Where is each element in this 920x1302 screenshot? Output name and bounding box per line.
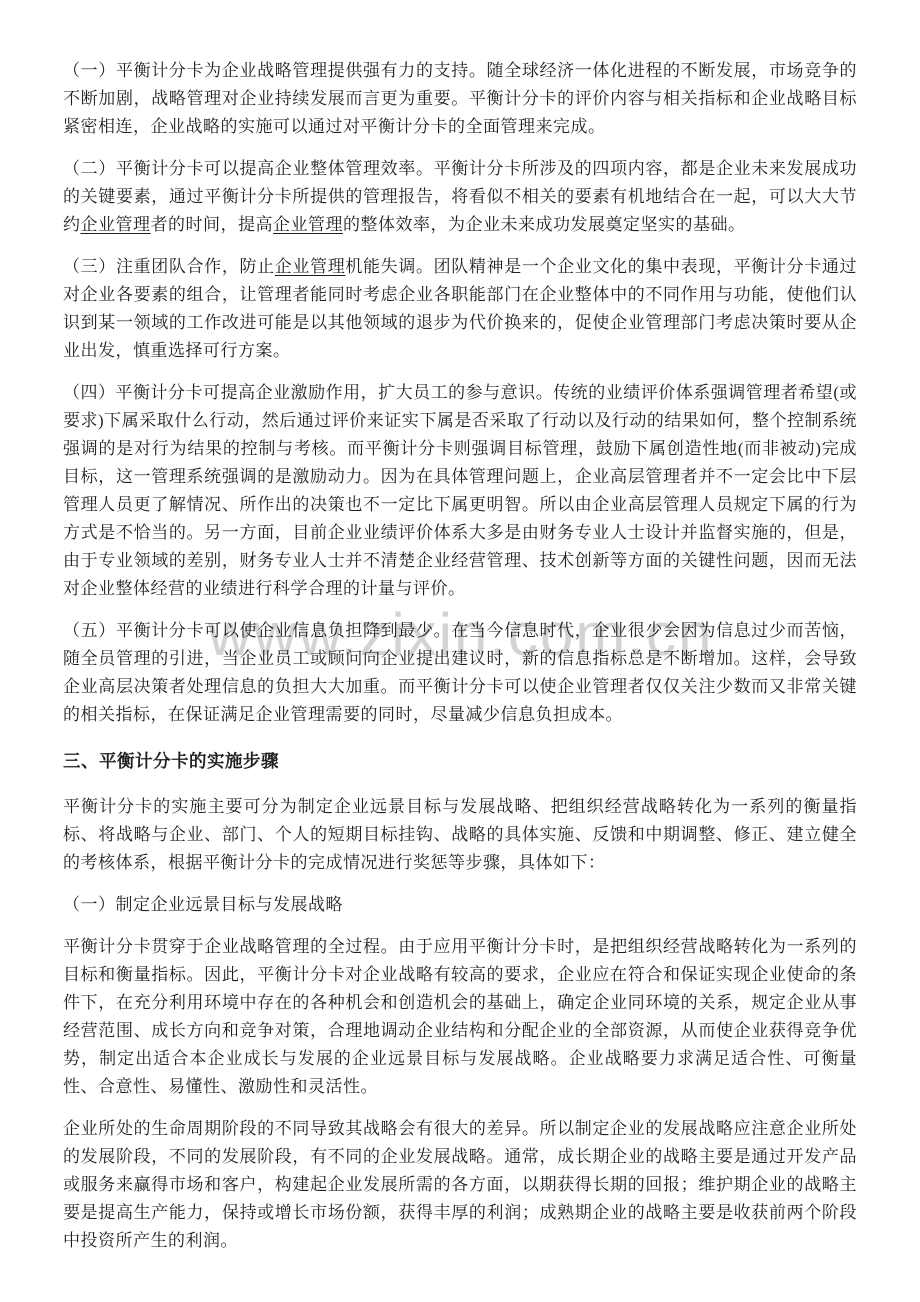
paragraph: 平衡计分卡的实施主要可分为制定企业远景目标与发展战略、把组织经营战略转化为一系列… (63, 793, 857, 877)
text-run: （四）平衡计分卡可提高企业激励作用，扩大员工的参与意识。传统的业绩评价体系强调管… (63, 383, 857, 598)
paragraph: 企业所处的生命周期阶段的不同导致其战略会有很大的差异。所以制定企业的发展战略应注… (63, 1115, 857, 1255)
text-run: （五）平衡计分卡可以使企业信息负担降到最少。在当今信息时代，企业很少会因为信息过… (63, 621, 857, 724)
text-run: （一）平衡计分卡为企业战略管理提供强有力的支持。随全球经济一体化进程的不断发展，… (63, 61, 857, 136)
paragraph: 平衡计分卡贯穿于企业战略管理的全过程。由于应用平衡计分卡时，是把组织经营战略转化… (63, 933, 857, 1101)
text-run: 企业所处的生命周期阶段的不同导致其战略会有很大的差异。所以制定企业的发展战略应注… (63, 1119, 857, 1250)
paragraph: （一）制定企业远景目标与发展战略 (63, 891, 857, 919)
underlined-term: 企业管理 (81, 215, 151, 234)
paragraph: （二）平衡计分卡可以提高企业整体管理效率。平衡计分卡所涉及的四项内容，都是企业未… (63, 155, 857, 239)
text-run: 者的时间，提高 (151, 215, 274, 234)
underlined-term: 企业管理 (273, 215, 343, 234)
document-body: （一）平衡计分卡为企业战略管理提供强有力的支持。随全球经济一体化进程的不断发展，… (63, 57, 857, 1255)
underlined-term: 企业管理 (275, 257, 346, 276)
text-run: 平衡计分卡贯穿于企业战略管理的全过程。由于应用平衡计分卡时，是把组织经营战略转化… (63, 937, 857, 1096)
document-page: www.zixin.com.cn （一）平衡计分卡为企业战略管理提供强有力的支持… (0, 0, 920, 1302)
section-heading: 三、平衡计分卡的实施步骤 (63, 747, 857, 775)
paragraph: （三）注重团队合作，防止企业管理机能失调。团队精神是一个企业文化的集中表现，平衡… (63, 253, 857, 365)
text-run: （三）注重团队合作，防止 (63, 257, 275, 276)
text-run: （一）制定企业远景目标与发展战略 (63, 895, 343, 914)
paragraph: （四）平衡计分卡可提高企业激励作用，扩大员工的参与意识。传统的业绩评价体系强调管… (63, 379, 857, 603)
text-run: 平衡计分卡的实施主要可分为制定企业远景目标与发展战略、把组织经营战略转化为一系列… (63, 797, 857, 872)
text-run: 的整体效率，为企业未来成功发展奠定坚实的基础。 (343, 215, 746, 234)
paragraph: （一）平衡计分卡为企业战略管理提供强有力的支持。随全球经济一体化进程的不断发展，… (63, 57, 857, 141)
paragraph: （五）平衡计分卡可以使企业信息负担降到最少。在当今信息时代，企业很少会因为信息过… (63, 617, 857, 729)
text-run: 三、平衡计分卡的实施步骤 (63, 751, 279, 771)
